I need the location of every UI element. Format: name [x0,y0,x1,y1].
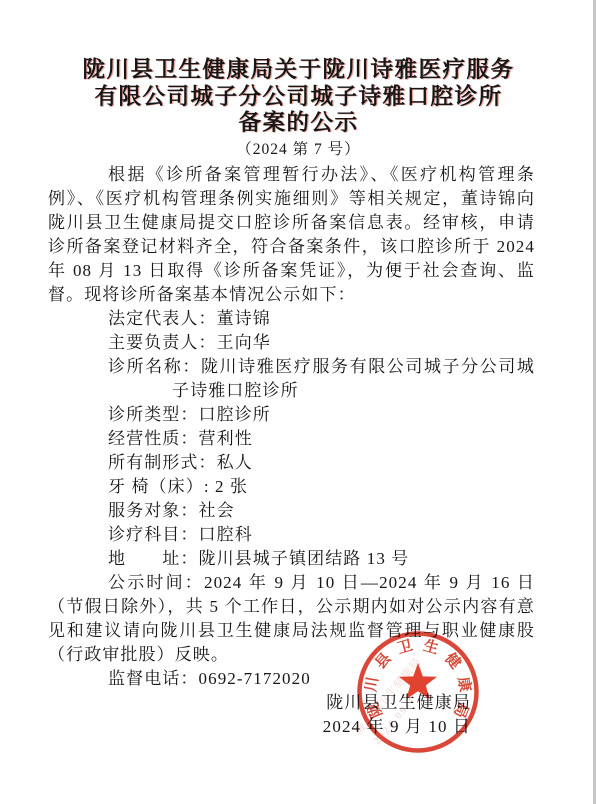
field-value: 王向华 [217,333,271,352]
document-body: 根据《诊所备案管理暂行办法》、《医疗机构管理条例》、《医疗机构管理条例实施细则》… [48,163,535,739]
field-row: 地 址：陇川县城子镇团结路 13 号 [48,547,535,571]
field-row: 法定代表人：董诗锦 [48,307,535,331]
field-value: 社会 [199,501,235,520]
field-value: 口腔诊所 [199,405,271,424]
field-value: 营利性 [199,429,253,448]
title-line-1: 陇川县卫生健康局关于陇川诗雅医疗服务 [48,57,549,84]
page-right-edge [593,0,596,804]
field-label: 服务对象： [108,501,199,520]
document-number: （2024 第 7 号） [48,139,549,161]
field-value: 董诗锦 [217,309,271,328]
notice-paragraph: 公示时间：2024 年 9 月 10 日—2024 年 9 月 16 日（节假日… [48,571,535,667]
field-row: 服务对象：社会 [48,499,535,523]
page-title: 陇川县卫生健康局关于陇川诗雅医疗服务 有限公司城子分公司城子诗雅口腔诊所 备案的… [48,57,549,137]
signature-org: 陇川县卫生健康局 [48,691,535,715]
field-value: 2 张 [215,477,248,496]
filing-fields-list: 法定代表人：董诗锦 主要负责人：王向华 诊所名称：陇川诗雅医疗服务有限公司城子分… [48,307,535,571]
field-row: 牙 椅（床）: 2 张 [48,475,535,499]
field-label: 主要负责人： [108,333,217,352]
field-label: 诊所名称： [108,357,201,376]
field-label: 法定代表人： [108,309,217,328]
field-value: 陇川县城子镇团结路 13 号 [199,549,410,568]
field-label: 牙 椅（床）: [108,477,215,496]
title-line-3: 备案的公示 [48,110,549,137]
field-value: 口腔科 [199,525,253,544]
document-page: 陇川县卫生健康局关于陇川诗雅医疗服务 有限公司城子分公司城子诗雅口腔诊所 备案的… [48,57,535,739]
field-label: 所有制形式： [108,453,217,472]
field-value: 私人 [217,453,253,472]
field-value: 陇川诗雅医疗服务有限公司城子分公司城子诗雅口腔诊所 [172,357,535,400]
signature-date: 2024 年 9 月 10 日 [48,715,535,739]
field-row: 经营性质：营利性 [48,427,535,451]
field-row: 所有制形式：私人 [48,451,535,475]
field-label: 地 址： [108,549,199,568]
supervision-phone-line: 监督电话：0692-7172020 [48,667,535,691]
field-row: 主要负责人：王向华 [48,331,535,355]
field-row: 诊所类型：口腔诊所 [48,403,535,427]
field-label: 诊所类型： [108,405,199,424]
field-label: 经营性质： [108,429,199,448]
field-label: 诊疗科目： [108,525,199,544]
field-row: 诊疗科目：口腔科 [48,523,535,547]
field-row: 诊所名称：陇川诗雅医疗服务有限公司城子分公司城子诗雅口腔诊所 [48,355,535,403]
intro-paragraph: 根据《诊所备案管理暂行办法》、《医疗机构管理条例》、《医疗机构管理条例实施细则》… [48,163,535,307]
title-line-2: 有限公司城子分公司城子诗雅口腔诊所 [48,84,549,111]
